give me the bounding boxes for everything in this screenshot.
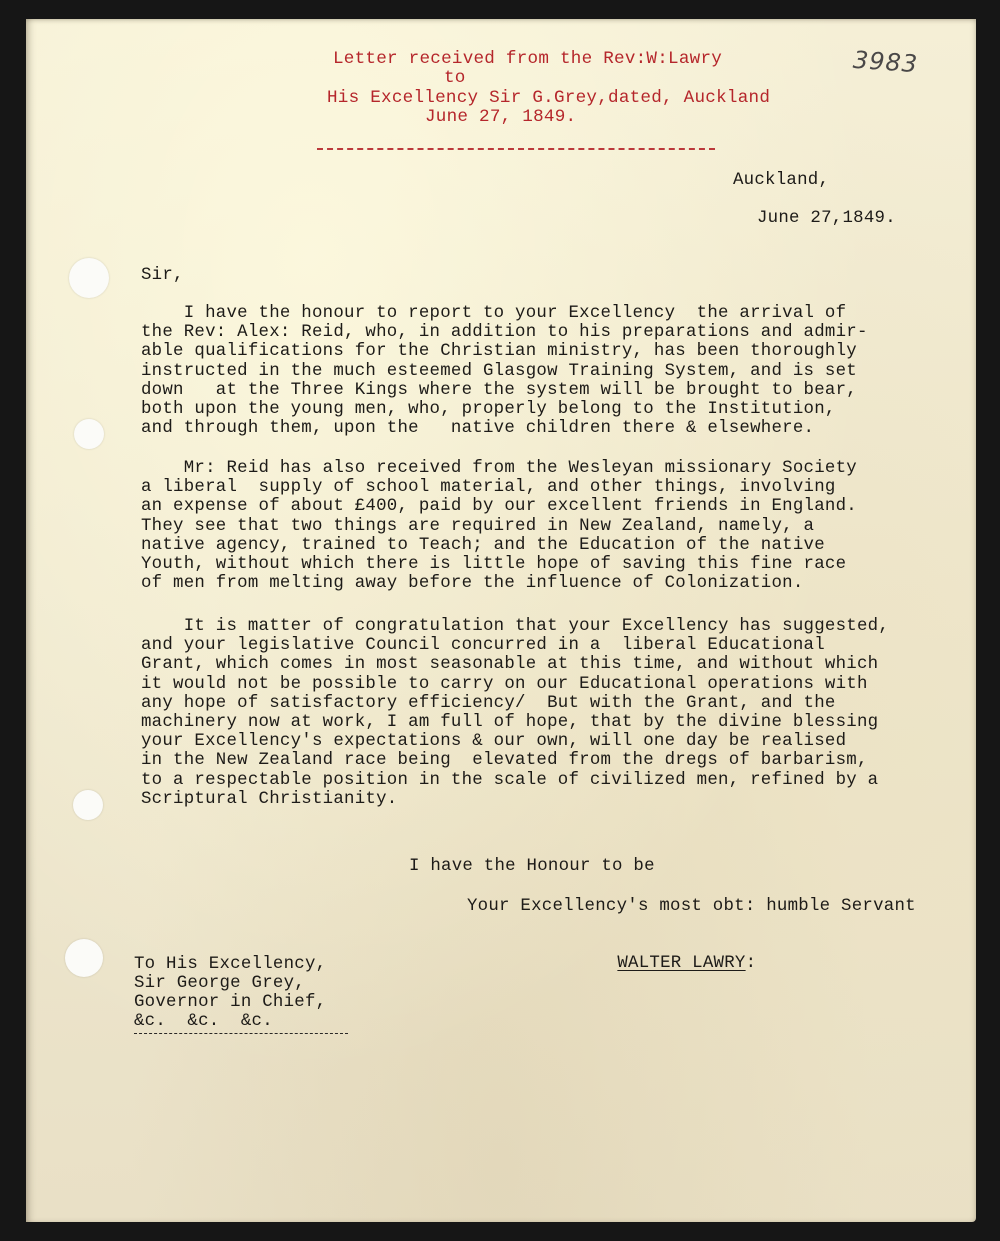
paragraph-line: instructed in the much esteemed Glasgow … [141,362,868,381]
paragraph-1: I have the honour to report to your Exce… [141,304,868,438]
place: Auckland, [733,171,829,190]
signature-suffix: : [746,954,757,973]
header-rule [317,148,715,150]
signature: WALTER LAWRY [617,954,745,973]
paragraph-line: I have the honour to report to your Exce… [141,304,868,323]
paragraph-line: your Excellency's expectations & our own… [141,732,889,751]
header-line-1: Letter received from the Rev:W:Lawry [333,50,722,70]
punch-hole [74,419,104,449]
paragraph-line: Grant, which comes in most seasonable at… [141,655,889,674]
header-line-4: June 27, 1849. [425,108,576,128]
paragraph-line: able qualifications for the Christian mi… [141,342,868,361]
paragraph-line: a liberal supply of school material, and… [141,478,857,497]
punch-hole [65,939,103,977]
paragraph-line: and your legislative Council concurred i… [141,636,889,655]
closing-line-2: Your Excellency's most obt: humble Serva… [467,897,916,916]
signature-block: WALTER LAWRY: [596,935,756,973]
header-line-3: His Excellency Sir G.Grey,dated, Aucklan… [327,89,770,109]
paragraph-line: It is matter of congratulation that your… [141,617,889,636]
addressee-line-3: Governor in Chief, [134,993,326,1012]
salutation: Sir, [141,266,184,285]
addressee-line-4: &c. &c. &c. [134,1012,273,1031]
paragraph-line: native agency, trained to Teach; and the… [141,536,857,555]
paragraph-line: both upon the young men, who, properly b… [141,400,868,419]
paragraph-2: Mr: Reid has also received from the Wesl… [141,459,857,593]
punch-hole [69,258,109,298]
paragraph-line: down at the Three Kings where the system… [141,381,868,400]
paragraph-line: They see that two things are required in… [141,517,857,536]
addressee-line-1: To His Excellency, [134,955,326,974]
addressee-line-2: Sir George Grey, [134,974,305,993]
paragraph-line: to a respectable position in the scale o… [141,771,889,790]
header-line-2: to [444,69,466,89]
closing-line-1: I have the Honour to be [409,857,655,876]
paragraph-line: machinery now at work, I am full of hope… [141,713,889,732]
paragraph-line: it would not be possible to carry on our… [141,675,889,694]
paragraph-line: any hope of satisfactory efficiency/ But… [141,694,889,713]
paragraph-line: an expense of about £400, paid by our ex… [141,497,857,516]
archive-number: 3983 [852,46,919,78]
addressee-rule [134,1033,348,1034]
paragraph-line: Youth, without which there is little hop… [141,555,857,574]
punch-hole [73,790,103,820]
paragraph-line: the Rev: Alex: Reid, who, in addition to… [141,323,868,342]
date: June 27,1849. [757,209,896,228]
paragraph-line: Mr: Reid has also received from the Wesl… [141,459,857,478]
paragraph-line: Scriptural Christianity. [141,790,889,809]
paragraph-3: It is matter of congratulation that your… [141,617,889,809]
paragraph-line: in the New Zealand race being elevated f… [141,751,889,770]
paragraph-line: of men from melting away before the infl… [141,574,857,593]
paragraph-line: and through them, upon the native childr… [141,419,868,438]
